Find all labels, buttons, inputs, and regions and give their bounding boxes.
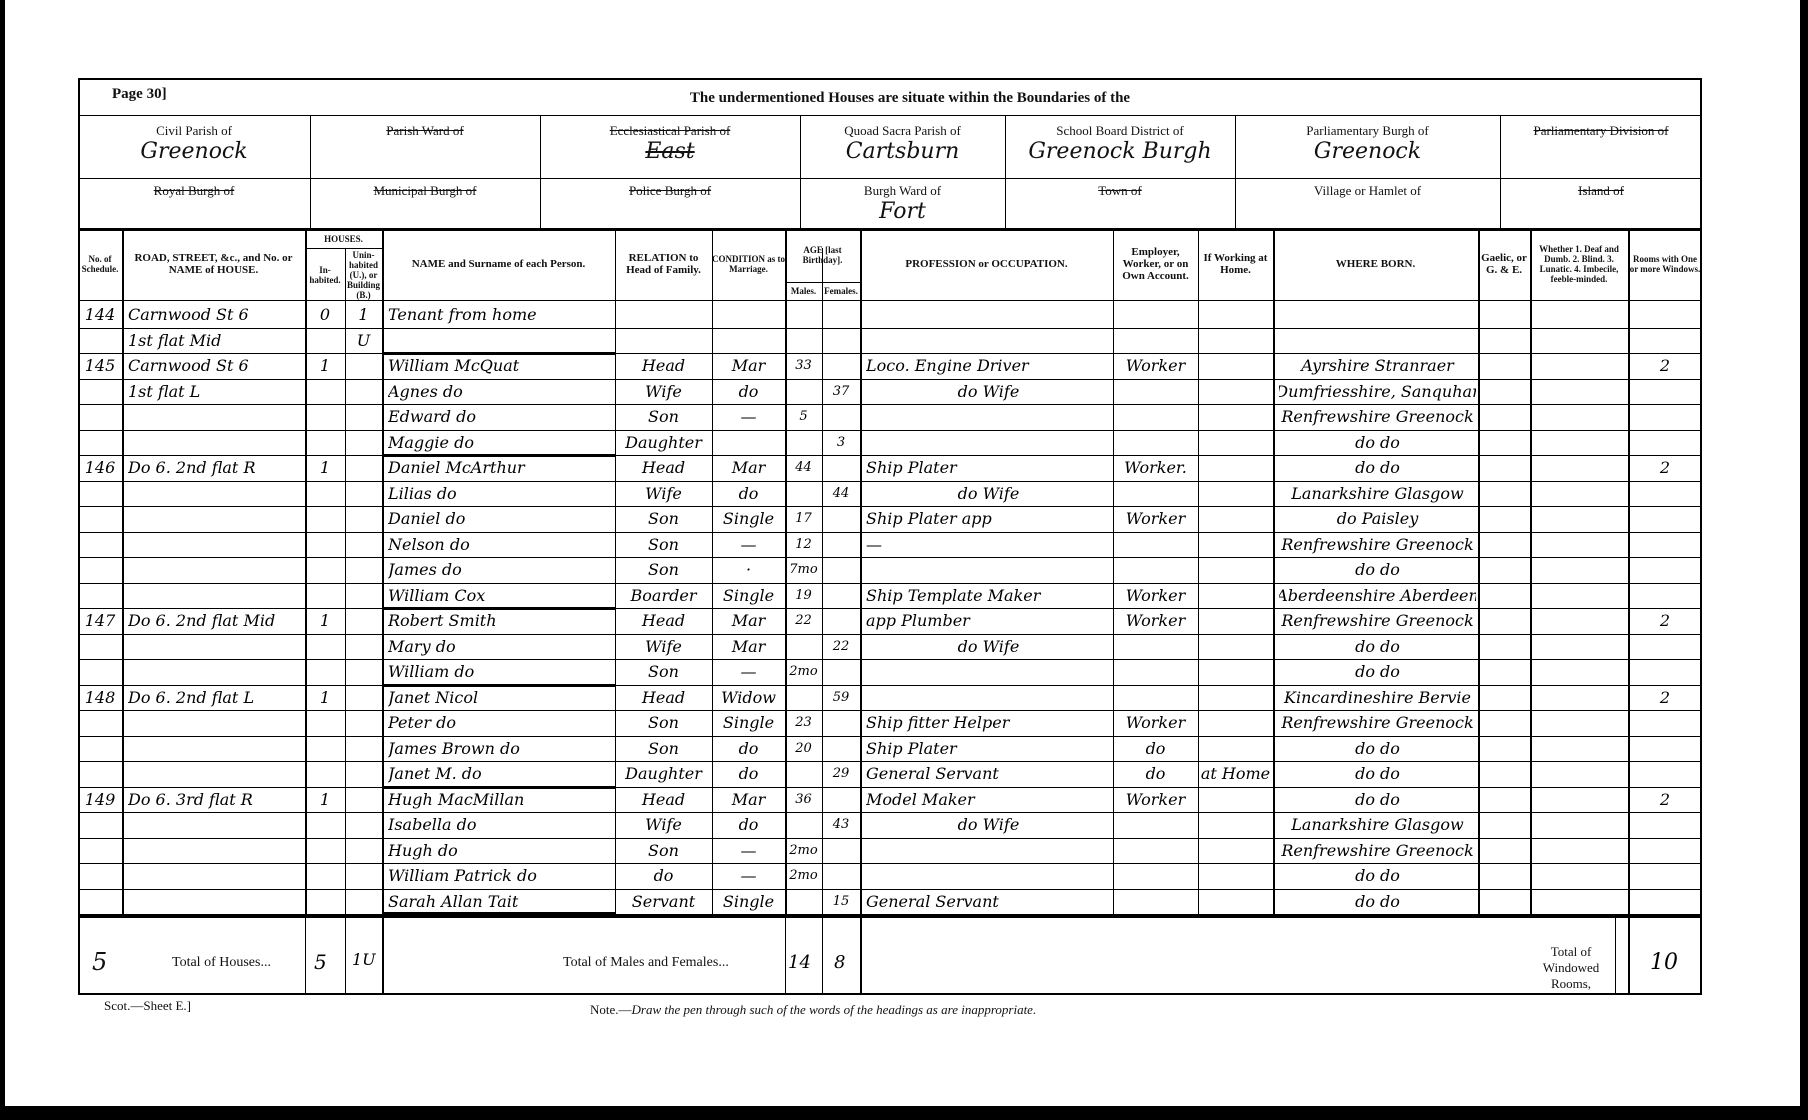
cell-occupation: General Servant [866,761,1111,786]
cell-road [128,634,303,659]
cell-working-home [1198,455,1273,480]
cell-occupation: Ship Plater app [866,506,1111,531]
cell-males [785,634,822,659]
cell-employer: Worker [1113,353,1198,378]
cell-males: 5 [785,404,822,429]
cell-inhabited [305,838,345,863]
cell-inhabited [305,481,345,506]
cell-males [785,328,822,353]
cell-schedule [78,379,122,404]
cell-employer: Worker [1113,787,1198,812]
cell-condition: Mar [712,634,785,659]
cell-uninhabited [345,404,382,429]
cell-schedule [78,481,122,506]
cell-condition: Mar [712,353,785,378]
cell-condition: do [712,481,785,506]
cell-employer: Worker [1113,608,1198,633]
cell-road: Do 6. 3rd flat R [128,787,303,812]
cell-inhabited: 1 [305,455,345,480]
cell-road [128,481,303,506]
cell-rooms [1628,812,1702,837]
cell-schedule: 147 [78,608,122,633]
cell-relation: Head [615,455,712,480]
cell-females: 59 [822,685,860,710]
cell-condition: Single [712,889,785,914]
cell-rooms [1628,481,1702,506]
cell-rooms: 2 [1628,787,1702,812]
cell-males [785,481,822,506]
cell-occupation [866,404,1111,429]
banner-title: The undermentioned Houses are situate wi… [460,90,1360,107]
total-females: 8 [834,952,845,973]
cell-uninhabited [345,506,382,531]
cell-rooms [1628,379,1702,404]
cell-name: Daniel do [388,506,613,531]
cell-where-born: do do [1279,634,1476,659]
cell-uninhabited [345,889,382,914]
cell-females: 15 [822,889,860,914]
cell-name: Agnes do [388,379,613,404]
column-divider [305,915,306,995]
cell-relation: Son [615,736,712,761]
cell-employer [1113,557,1198,582]
column-header-name: NAME and Surname of each Person. [382,228,615,300]
cell-uninhabited [345,455,382,480]
cell-relation: Son [615,659,712,684]
cell-relation: Boarder [615,583,712,608]
cell-occupation [866,430,1111,455]
cell-inhabited [305,532,345,557]
cell-condition: — [712,659,785,684]
cell-females: 44 [822,481,860,506]
cell-females: 43 [822,812,860,837]
cell-working-home [1198,863,1273,888]
cell-relation [615,302,712,327]
cell-name: Janet M. do [388,761,613,786]
cell-schedule [78,838,122,863]
cell-uninhabited [345,812,382,837]
cell-inhabited [305,328,345,353]
divider [305,248,382,249]
cell-road [128,430,303,455]
cell-road [128,532,303,557]
cell-where-born: Renfrewshire Greenock [1279,838,1476,863]
cell-where-born: do do [1279,787,1476,812]
cell-females [822,506,860,531]
household-separator [382,454,615,457]
cell-working-home [1198,302,1273,327]
total-inhabited: 5 [314,950,327,974]
cell-condition: Mar [712,787,785,812]
cell-name: James Brown do [388,736,613,761]
cell-employer: do [1113,761,1198,786]
cell-condition: do [712,736,785,761]
cell-working-home [1198,353,1273,378]
cell-condition: Mar [712,608,785,633]
divider [78,115,1702,116]
cell-name: Isabella do [388,812,613,837]
cell-uninhabited: U [345,328,382,353]
cell-relation: Head [615,787,712,812]
cell-working-home [1198,659,1273,684]
cell-employer [1113,379,1198,404]
cell-schedule [78,583,122,608]
cell-uninhabited [345,353,382,378]
cell-occupation: do Wife [866,379,1111,404]
cell-employer [1113,659,1198,684]
cell-relation: Wife [615,634,712,659]
cell-working-home [1198,710,1273,735]
cell-employer [1113,685,1198,710]
cell-schedule [78,634,122,659]
cell-females [822,557,860,582]
boundary-value: Greenock [1235,139,1500,164]
cell-where-born: Lanarkshire Glasgow [1279,481,1476,506]
boundary-value: Greenock [78,139,310,164]
cell-relation: Son [615,506,712,531]
cell-working-home [1198,812,1273,837]
cell-uninhabited [345,634,382,659]
column-header-relation: RELATION to Head of Family. [615,228,712,300]
cell-uninhabited: 1 [345,302,382,327]
boundary-value: Cartsburn [800,139,1005,164]
cell-males: 2mo [785,659,822,684]
cell-where-born [1279,328,1476,353]
total-uninhabited: 1U [352,950,376,969]
boundary-label: Municipal Burgh of [310,183,540,199]
cell-males: 33 [785,353,822,378]
scan-edge-left [0,0,5,1120]
cell-inhabited: 0 [305,302,345,327]
cell-where-born: Renfrewshire Greenock [1279,532,1476,557]
cell-inhabited [305,736,345,761]
cell-condition: Single [712,710,785,735]
cell-condition: do [712,761,785,786]
cell-employer [1113,532,1198,557]
cell-schedule [78,328,122,353]
cell-schedule [78,736,122,761]
cell-rooms [1628,889,1702,914]
cell-where-born: do do [1279,430,1476,455]
cell-employer: Worker [1113,583,1198,608]
cell-name: Robert Smith [388,608,613,633]
boundary-label: Civil Parish of [78,123,310,139]
boundary-label: Quoad Sacra Parish of [800,123,1005,139]
cell-females: 29 [822,761,860,786]
cell-condition [712,430,785,455]
cell-where-born: Renfrewshire Greenock [1279,710,1476,735]
cell-where-born: do do [1279,659,1476,684]
cell-rooms [1628,710,1702,735]
cell-name: Hugh MacMillan [388,787,613,812]
cell-where-born: do do [1279,736,1476,761]
cell-occupation: General Servant [866,889,1111,914]
cell-occupation: Loco. Engine Driver [866,353,1111,378]
cell-employer [1113,481,1198,506]
page-label: Page 30] [112,86,167,103]
cell-occupation: — [866,532,1111,557]
cell-schedule: 144 [78,302,122,327]
cell-females [822,710,860,735]
scan-edge-bottom [0,1106,1808,1120]
cell-occupation: Ship Template Maker [866,583,1111,608]
column-divider [1615,915,1616,995]
cell-name: Daniel McArthur [388,455,613,480]
cell-employer: do [1113,736,1198,761]
cell-working-home [1198,506,1273,531]
cell-condition: Mar [712,455,785,480]
cell-females [822,736,860,761]
cell-name: William Cox [388,583,613,608]
cell-working-home [1198,404,1273,429]
cell-name: Janet Nicol [388,685,613,710]
cell-name: Edward do [388,404,613,429]
cell-occupation: Ship fitter Helper [866,710,1111,735]
cell-schedule [78,863,122,888]
cell-rooms [1628,736,1702,761]
cell-road: Do 6. 2nd flat L [128,685,303,710]
sheet-id: Scot.—Sheet E.] [104,998,191,1014]
divider [78,915,1702,918]
cell-inhabited [305,404,345,429]
boundary-label: Parliamentary Burgh of [1235,123,1500,139]
cell-road [128,404,303,429]
column-header-uninhabited: Unin-habited (U.), or Building (B.) [345,250,382,300]
cell-inhabited [305,583,345,608]
cell-relation: Wife [615,481,712,506]
cell-uninhabited [345,736,382,761]
cell-where-born: do do [1279,761,1476,786]
cell-rooms [1628,761,1702,786]
cell-inhabited [305,379,345,404]
cell-females [822,787,860,812]
cell-where-born: do do [1279,863,1476,888]
cell-males [785,302,822,327]
cell-occupation: do Wife [866,481,1111,506]
cell-name: James do [388,557,613,582]
divider [78,300,1702,301]
cell-working-home [1198,379,1273,404]
cell-males: 20 [785,736,822,761]
cell-employer [1113,430,1198,455]
cell-schedule: 145 [78,353,122,378]
cell-working-home [1198,787,1273,812]
cell-employer: Worker. [1113,455,1198,480]
cell-relation: Servant [615,889,712,914]
cell-uninhabited [345,710,382,735]
cell-condition: Single [712,583,785,608]
cell-uninhabited [345,761,382,786]
cell-employer [1113,889,1198,914]
total-houses-label: Total of Houses... [172,955,271,971]
cell-where-born: Lanarkshire Glasgow [1279,812,1476,837]
cell-females [822,583,860,608]
cell-name: Hugh do [388,838,613,863]
cell-where-born [1279,302,1476,327]
cell-occupation [866,863,1111,888]
cell-rooms: 2 [1628,685,1702,710]
cell-schedule [78,889,122,914]
cell-schedule [78,761,122,786]
cell-employer [1113,404,1198,429]
cell-road [128,506,303,531]
cell-rooms [1628,583,1702,608]
column-header-infirmity: Whether 1. Deaf and Dumb. 2. Blind. 3. L… [1530,228,1628,300]
cell-road: Do 6. 2nd flat R [128,455,303,480]
cell-inhabited [305,557,345,582]
cell-schedule [78,404,122,429]
cell-where-born: Ayrshire Stranraer [1279,353,1476,378]
cell-rooms: 2 [1628,455,1702,480]
cell-rooms [1628,557,1702,582]
cell-name: Lilias do [388,481,613,506]
household-separator [382,352,615,355]
cell-road [128,761,303,786]
total-males: 14 [788,952,811,973]
cell-condition: do [712,812,785,837]
cell-uninhabited [345,838,382,863]
cell-where-born: Renfrewshire Greenock [1279,404,1476,429]
cell-occupation [866,328,1111,353]
cell-road [128,863,303,888]
cell-name: William do [388,659,613,684]
cell-occupation: Model Maker [866,787,1111,812]
total-rooms: 10 [1650,950,1678,975]
cell-relation: Son [615,710,712,735]
cell-inhabited [305,889,345,914]
cell-relation: Wife [615,379,712,404]
cell-males: 22 [785,608,822,633]
cell-inhabited [305,430,345,455]
cell-uninhabited [345,532,382,557]
cell-males [785,430,822,455]
cell-males: 23 [785,710,822,735]
cell-name: Tenant from home [388,302,613,327]
cell-uninhabited [345,481,382,506]
cell-working-home [1198,328,1273,353]
cell-condition: Widow [712,685,785,710]
cell-schedule [78,812,122,837]
column-header-employer: Employer, Worker, or on Own Account. [1113,228,1198,300]
cell-occupation: app Plumber [866,608,1111,633]
cell-males [785,889,822,914]
boundary-value: East [540,139,800,164]
cell-working-home [1198,736,1273,761]
cell-condition: do [712,379,785,404]
cell-rooms [1628,430,1702,455]
boundary-label: Parliamentary Division of [1500,123,1702,139]
cell-schedule [78,557,122,582]
column-header-road: ROAD, STREET, &c., and No. or NAME of HO… [122,228,305,300]
cell-females [822,328,860,353]
cell-working-home [1198,685,1273,710]
cell-rooms [1628,838,1702,863]
cell-relation: do [615,863,712,888]
cell-condition: — [712,863,785,888]
total-rooms-label: Total of Windowed Rooms, [1530,944,1612,992]
cell-where-born: do do [1279,889,1476,914]
cell-males [785,379,822,404]
boundary-label: Burgh Ward of [800,183,1005,199]
column-header-occupation: PROFESSION or OCCUPATION. [860,228,1113,300]
cell-condition: — [712,404,785,429]
cell-males: 17 [785,506,822,531]
cell-relation: Son [615,532,712,557]
cell-occupation: Ship Plater [866,455,1111,480]
cell-where-born: Dumfriesshire, Sanquhar [1279,379,1476,404]
cell-uninhabited [345,659,382,684]
cell-schedule: 149 [78,787,122,812]
cell-working-home [1198,889,1273,914]
cell-inhabited [305,812,345,837]
cell-schedule [78,430,122,455]
cell-males: 7mo [785,557,822,582]
cell-relation: Wife [615,812,712,837]
column-header-age: AGE [last Birthday]. [785,228,860,282]
cell-females [822,608,860,633]
cell-relation: Son [615,557,712,582]
cell-rooms [1628,404,1702,429]
boundary-value: Fort [800,199,1005,224]
cell-road [128,710,303,735]
cell-relation: Head [615,608,712,633]
cell-road: 1st flat L [128,379,303,404]
cell-inhabited [305,710,345,735]
cell-females [822,532,860,557]
cell-relation: Head [615,353,712,378]
cell-working-home [1198,557,1273,582]
boundary-label: Royal Burgh of [78,183,310,199]
cell-where-born: do do [1279,557,1476,582]
cell-road [128,838,303,863]
cell-employer: Worker [1113,506,1198,531]
cell-females: 37 [822,379,860,404]
cell-inhabited: 1 [305,787,345,812]
total-persons-label: Total of Males and Females... [563,955,729,971]
cell-working-home [1198,608,1273,633]
boundary-label: Parish Ward of [310,123,540,139]
cell-where-born: Kincardineshire Bervie [1279,685,1476,710]
cell-name: Mary do [388,634,613,659]
cell-occupation [866,659,1111,684]
cell-road [128,812,303,837]
household-separator [382,684,615,687]
household-separator [382,607,615,610]
cell-uninhabited [345,608,382,633]
boundary-label: School Board District of [1005,123,1235,139]
cell-employer [1113,863,1198,888]
cell-road: 1st flat Mid [128,328,303,353]
cell-relation: Head [615,685,712,710]
cell-name: Peter do [388,710,613,735]
cell-females [822,404,860,429]
cell-uninhabited [345,863,382,888]
cell-schedule: 148 [78,685,122,710]
cell-relation: Son [615,404,712,429]
cell-road [128,736,303,761]
column-header-where-born: WHERE BORN. [1273,228,1478,300]
cell-occupation [866,302,1111,327]
cell-relation: Son [615,838,712,863]
cell-road [128,889,303,914]
cell-condition: · [712,557,785,582]
cell-males: 2mo [785,863,822,888]
boundary-label: Police Burgh of [540,183,800,199]
cell-name: Nelson do [388,532,613,557]
cell-inhabited [305,761,345,786]
cell-inhabited: 1 [305,685,345,710]
cell-uninhabited [345,685,382,710]
